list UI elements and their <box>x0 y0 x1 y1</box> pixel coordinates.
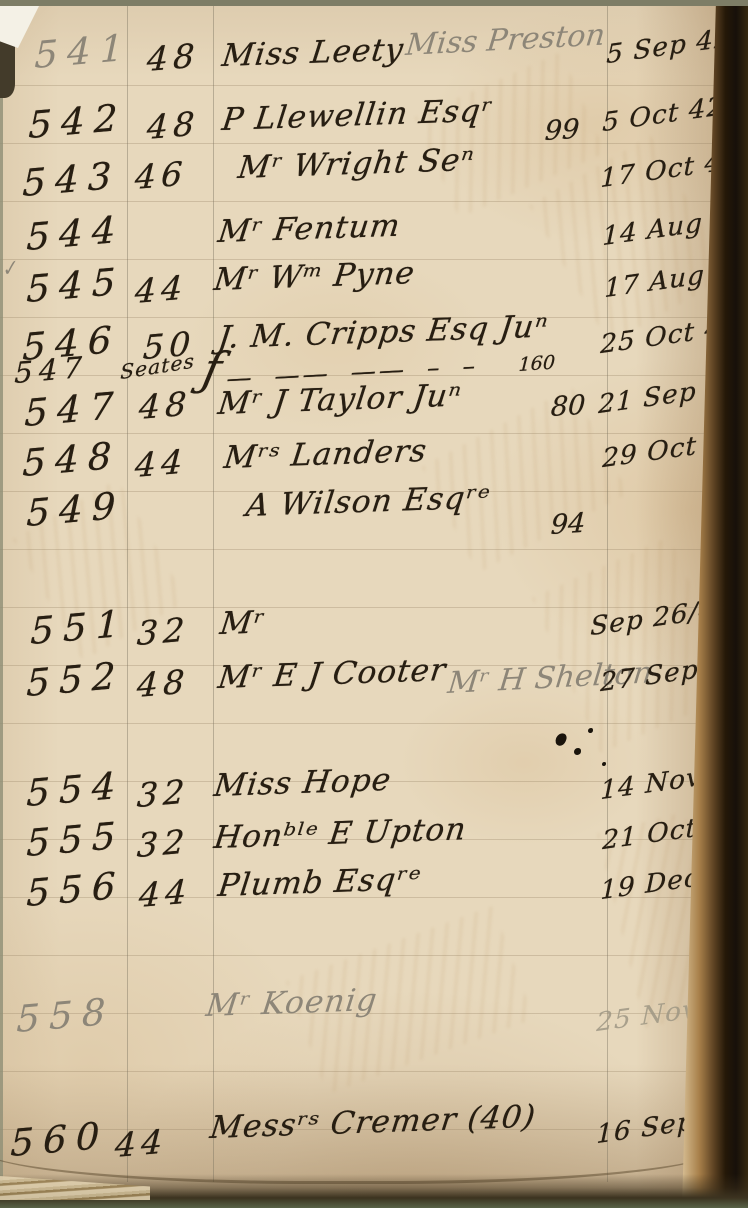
customer-name: Mʳˢ Landers <box>222 433 429 476</box>
customer-name: Mʳ <box>218 604 267 642</box>
customer-name: Mʳ Wᵐ Pyne <box>212 255 417 298</box>
seat-number: 48 <box>138 384 193 427</box>
entry-number: 552 <box>26 654 125 705</box>
entry-number: 558 <box>16 990 115 1041</box>
seat-number: 44 <box>138 872 193 915</box>
customer-name: Mʳ Koenig <box>204 982 380 1024</box>
entry-number: 544 <box>26 208 125 259</box>
amount-number: 99 <box>544 114 580 147</box>
amount-number: 94 <box>550 508 586 541</box>
entry-number: 547 <box>24 384 123 435</box>
entry-number: 549 <box>26 484 125 535</box>
seat-number: 44 <box>134 268 189 311</box>
seat-number: 48 <box>146 36 201 79</box>
customer-name: Miss Hope <box>212 762 394 804</box>
entry-number: 545 <box>26 260 125 311</box>
amount-number: 80 <box>550 390 586 423</box>
scan-frame-left <box>0 0 3 1208</box>
entry-number: 547 <box>14 350 88 390</box>
customer-name: Mʳ Fentum <box>216 208 403 250</box>
entry-number: 548 <box>22 434 121 485</box>
entry-number: 551 <box>30 602 129 653</box>
column-rule <box>127 6 128 1182</box>
scan-frame-top <box>0 0 748 6</box>
entry-number: 555 <box>26 814 125 865</box>
customer-name: Miss Leety <box>220 32 406 74</box>
seat-number: 48 <box>136 662 191 705</box>
seat-number: 32 <box>136 610 191 653</box>
entry-number: 556 <box>26 864 125 915</box>
entry-number: 543 <box>22 154 121 205</box>
seat-number: 48 <box>146 104 201 147</box>
seat-number: 32 <box>136 772 191 815</box>
entry-number: 554 <box>26 764 125 815</box>
seat-number: 44 <box>134 442 189 485</box>
seat-number: 32 <box>136 822 191 865</box>
entry-number: 541 <box>34 26 133 77</box>
ledger-page-scan: 54148Miss LeetyMiss Preston5 Sep 4254248… <box>0 0 748 1208</box>
seat-number: 46 <box>134 154 189 197</box>
amount-number: 160 <box>518 352 556 376</box>
customer-name: Plumb Esqʳᵉ <box>216 861 423 904</box>
entry-number: 542 <box>28 96 127 147</box>
